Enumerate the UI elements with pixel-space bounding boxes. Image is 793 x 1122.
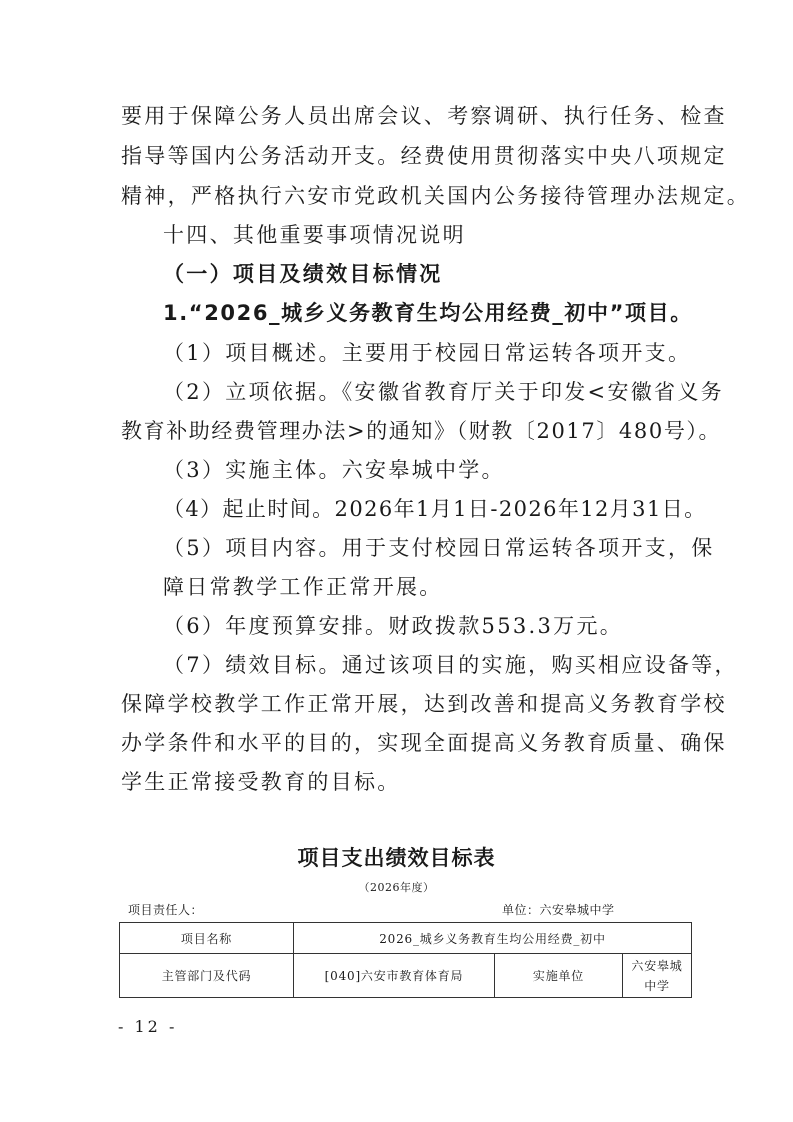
implementing-unit-value: 六安皋城中学	[623, 954, 692, 998]
subsection-heading: （一）项目及绩效目标情况	[163, 262, 443, 286]
item-basis-cont: 教育补助经费管理办法>的通知》（财教〔2017〕480号）。	[121, 419, 721, 443]
body-line-1: 要用于保障公务人员出席会议、考察调研、执行任务、检查	[121, 104, 727, 128]
department-value: [040]六安市教育体育局	[294, 954, 495, 998]
item-period: （4）起止时间。2026年1月1日-2026年12月31日。	[163, 497, 707, 521]
item-subject: （3）实施主体。六安皋城中学。	[163, 458, 505, 482]
department-label: 主管部门及代码	[120, 954, 294, 998]
item-content: （5）项目内容。用于支付校园日常运转各项开支，保	[163, 536, 715, 560]
table-row: 主管部门及代码 [040]六安市教育体育局 实施单位 六安皋城中学	[120, 954, 692, 998]
item-budget: （6）年度预算安排。财政拨款553.3万元。	[163, 614, 623, 638]
section-heading: 十四、其他重要事项情况说明	[163, 223, 466, 247]
implementing-unit-label: 实施单位	[495, 954, 623, 998]
table-year: （2026年度）	[0, 879, 793, 895]
item-overview: （1）项目概述。主要用于校园日常运转各项开支。	[163, 341, 691, 365]
project-heading: 1.“2026_城乡义务教育生均公用经费_初中”项目。	[163, 301, 693, 325]
item-basis: （2）立项依据。《安徽省教育厅关于印发<安徽省义务	[163, 380, 724, 404]
body-line-3: 精神，严格执行六安市党政机关国内公务接待管理办法规定。	[121, 184, 750, 208]
responsible-person-label: 项目责任人：	[128, 901, 203, 918]
unit-label: 单位：六安皋城中学	[502, 901, 615, 918]
item-goal: （7）绩效目标。通过该项目的实施，购买相应设备等，	[163, 653, 738, 677]
table-title: 项目支出绩效目标表	[0, 842, 793, 872]
item-content-cont: 障日常教学工作正常开展。	[163, 575, 443, 599]
item-goal-cont-3: 学生正常接受教育的目标。	[121, 770, 401, 794]
page-number: - 12 -	[118, 1017, 177, 1036]
performance-goal-table: 项目名称 2026_城乡义务教育生均公用经费_初中 主管部门及代码 [040]六…	[119, 922, 692, 998]
table-row: 项目名称 2026_城乡义务教育生均公用经费_初中	[120, 923, 692, 954]
item-goal-cont-1: 保障学校教学工作正常开展，达到改善和提高义务教育学校	[121, 692, 727, 716]
body-line-2: 指导等国内公务活动开支。经费使用贯彻落实中央八项规定	[121, 144, 727, 168]
project-name-label: 项目名称	[120, 923, 294, 954]
project-name-value: 2026_城乡义务教育生均公用经费_初中	[294, 923, 692, 954]
item-goal-cont-2: 办学条件和水平的目的，实现全面提高义务教育质量、确保	[121, 731, 727, 755]
